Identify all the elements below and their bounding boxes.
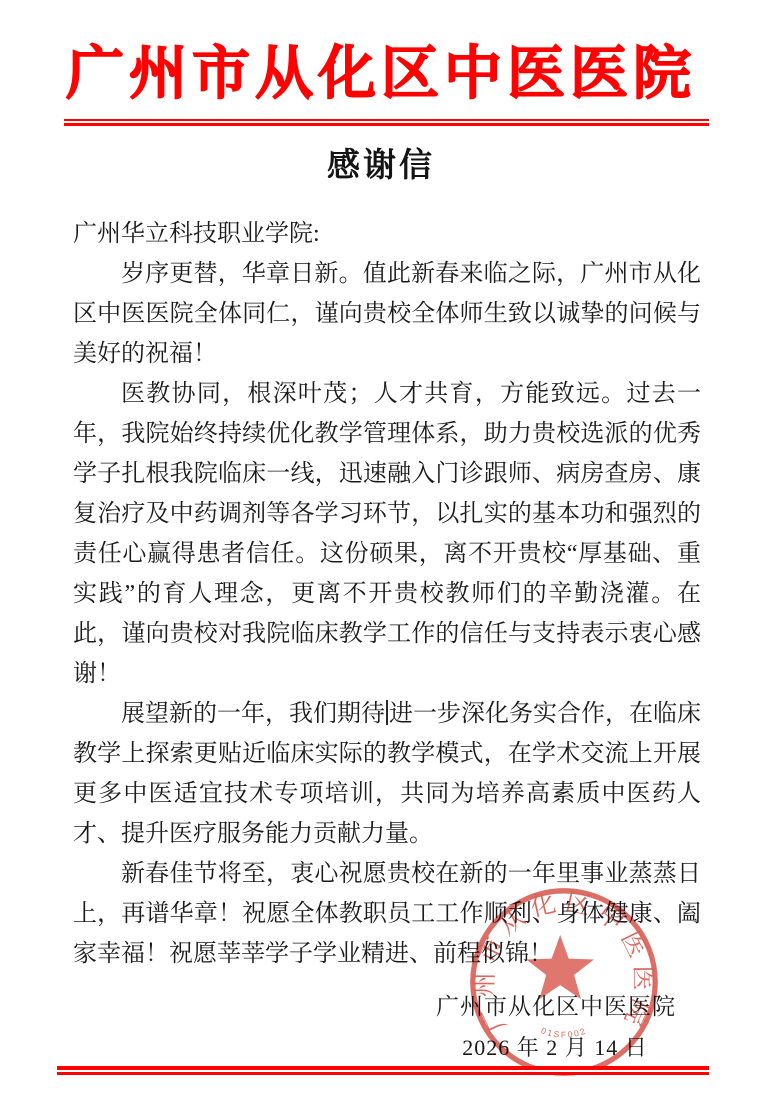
footer-divider (57, 1066, 709, 1075)
paragraph-1[interactable]: 岁序更替，华章日新。值此新春来临之际，广州市从化区中医医院全体同仁，谨向贵校全体… (73, 254, 701, 374)
letter-body[interactable]: 广州华立科技职业学院: 岁序更替，华章日新。值此新春来临之际，广州市从化区中医医… (73, 214, 701, 974)
letterhead-divider (64, 119, 709, 126)
thank-you-letter-page: 广州市从化区中医医院 感谢信 广州华立科技职业学院: 岁序更替，华章日新。值此新… (0, 0, 762, 1104)
official-seal: 广州市从化区中医医院 01SF002 (468, 886, 660, 1078)
seal-code: 01SF002 (540, 1025, 589, 1039)
hospital-letterhead: 广州市从化区中医医院 (30, 26, 732, 110)
text-cursor (386, 700, 388, 725)
letter-title: 感谢信 (0, 139, 762, 186)
star-icon (526, 935, 594, 999)
paragraph-3-before-cursor: 展望新的一年，我们期待 (121, 701, 385, 727)
salutation[interactable]: 广州华立科技职业学院: (73, 214, 701, 254)
paragraph-3[interactable]: 展望新的一年，我们期待进一步深化务实合作，在临床教学上探索更贴近临床实际的教学模… (73, 694, 701, 854)
paragraph-2[interactable]: 医教协同，根深叶茂；人才共育，方能致远。过去一年，我院始终持续优化教学管理体系，… (73, 374, 701, 694)
